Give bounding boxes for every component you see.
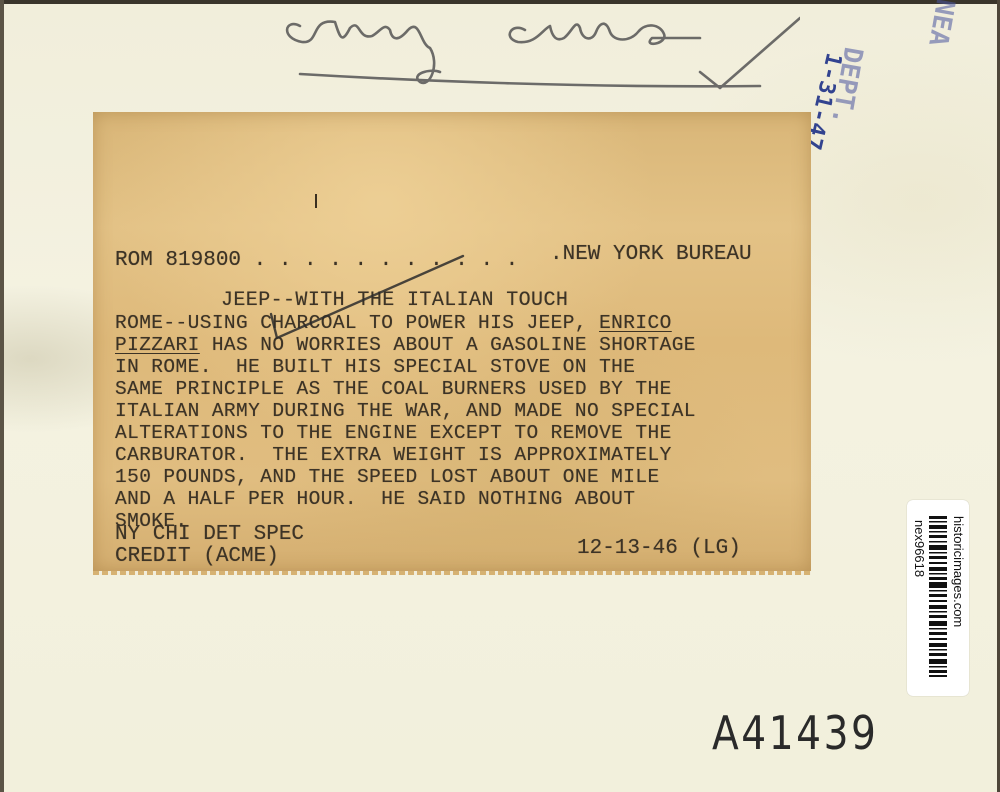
pencil-signature bbox=[280, 8, 800, 94]
distribution-codes: NY CHI DET SPEC bbox=[115, 523, 304, 546]
stamp-partial-text: NEA bbox=[922, 0, 960, 48]
barcode-id-text: nex96618 bbox=[912, 520, 927, 577]
subject-last-name: PIZZARI bbox=[115, 334, 200, 356]
caption-id: ROM 819800 bbox=[115, 249, 241, 272]
barcode-site-text: historicimages.com bbox=[951, 516, 966, 627]
barcode-icon bbox=[929, 516, 947, 678]
body-line-9: AND A HALF PER HOUR. HE SAID NOTHING ABO… bbox=[115, 488, 635, 510]
barcode-label: historicimages.com nex96618 bbox=[907, 500, 969, 696]
caption-date-code: 12-13-46 (LG) bbox=[577, 538, 741, 560]
caption-footer: NY CHI DET SPEC CREDIT (ACME) bbox=[115, 524, 304, 568]
body-line-3: IN ROME. HE BUILT HIS SPECIAL STOVE ON T… bbox=[115, 356, 635, 378]
caption-bureau: .NEW YORK BUREAU bbox=[550, 244, 752, 266]
ink-mark bbox=[315, 194, 317, 208]
body-line-6: ALTERATIONS TO THE ENGINE EXCEPT TO REMO… bbox=[115, 422, 672, 444]
body-line-4: SAME PRINCIPLE AS THE COAL BURNERS USED … bbox=[115, 378, 672, 400]
body-line-7: CARBURATOR. THE EXTRA WEIGHT IS APPROXIM… bbox=[115, 444, 672, 466]
photo-credit: CREDIT (ACME) bbox=[115, 545, 279, 568]
caption-slip: ROM 819800 . . . . . . . . . . . .NEW YO… bbox=[93, 112, 811, 572]
body-line-5: ITALIAN ARMY DURING THE WAR, AND MADE NO… bbox=[115, 400, 696, 422]
scan-edge-left bbox=[0, 0, 4, 792]
pencil-check-mark bbox=[263, 250, 473, 350]
archive-number: A41439 bbox=[712, 706, 878, 760]
subject-first-name: ENRICO bbox=[599, 312, 672, 334]
body-line-8: 150 POUNDS, AND THE SPEED LOST ABOUT ONE… bbox=[115, 466, 660, 488]
